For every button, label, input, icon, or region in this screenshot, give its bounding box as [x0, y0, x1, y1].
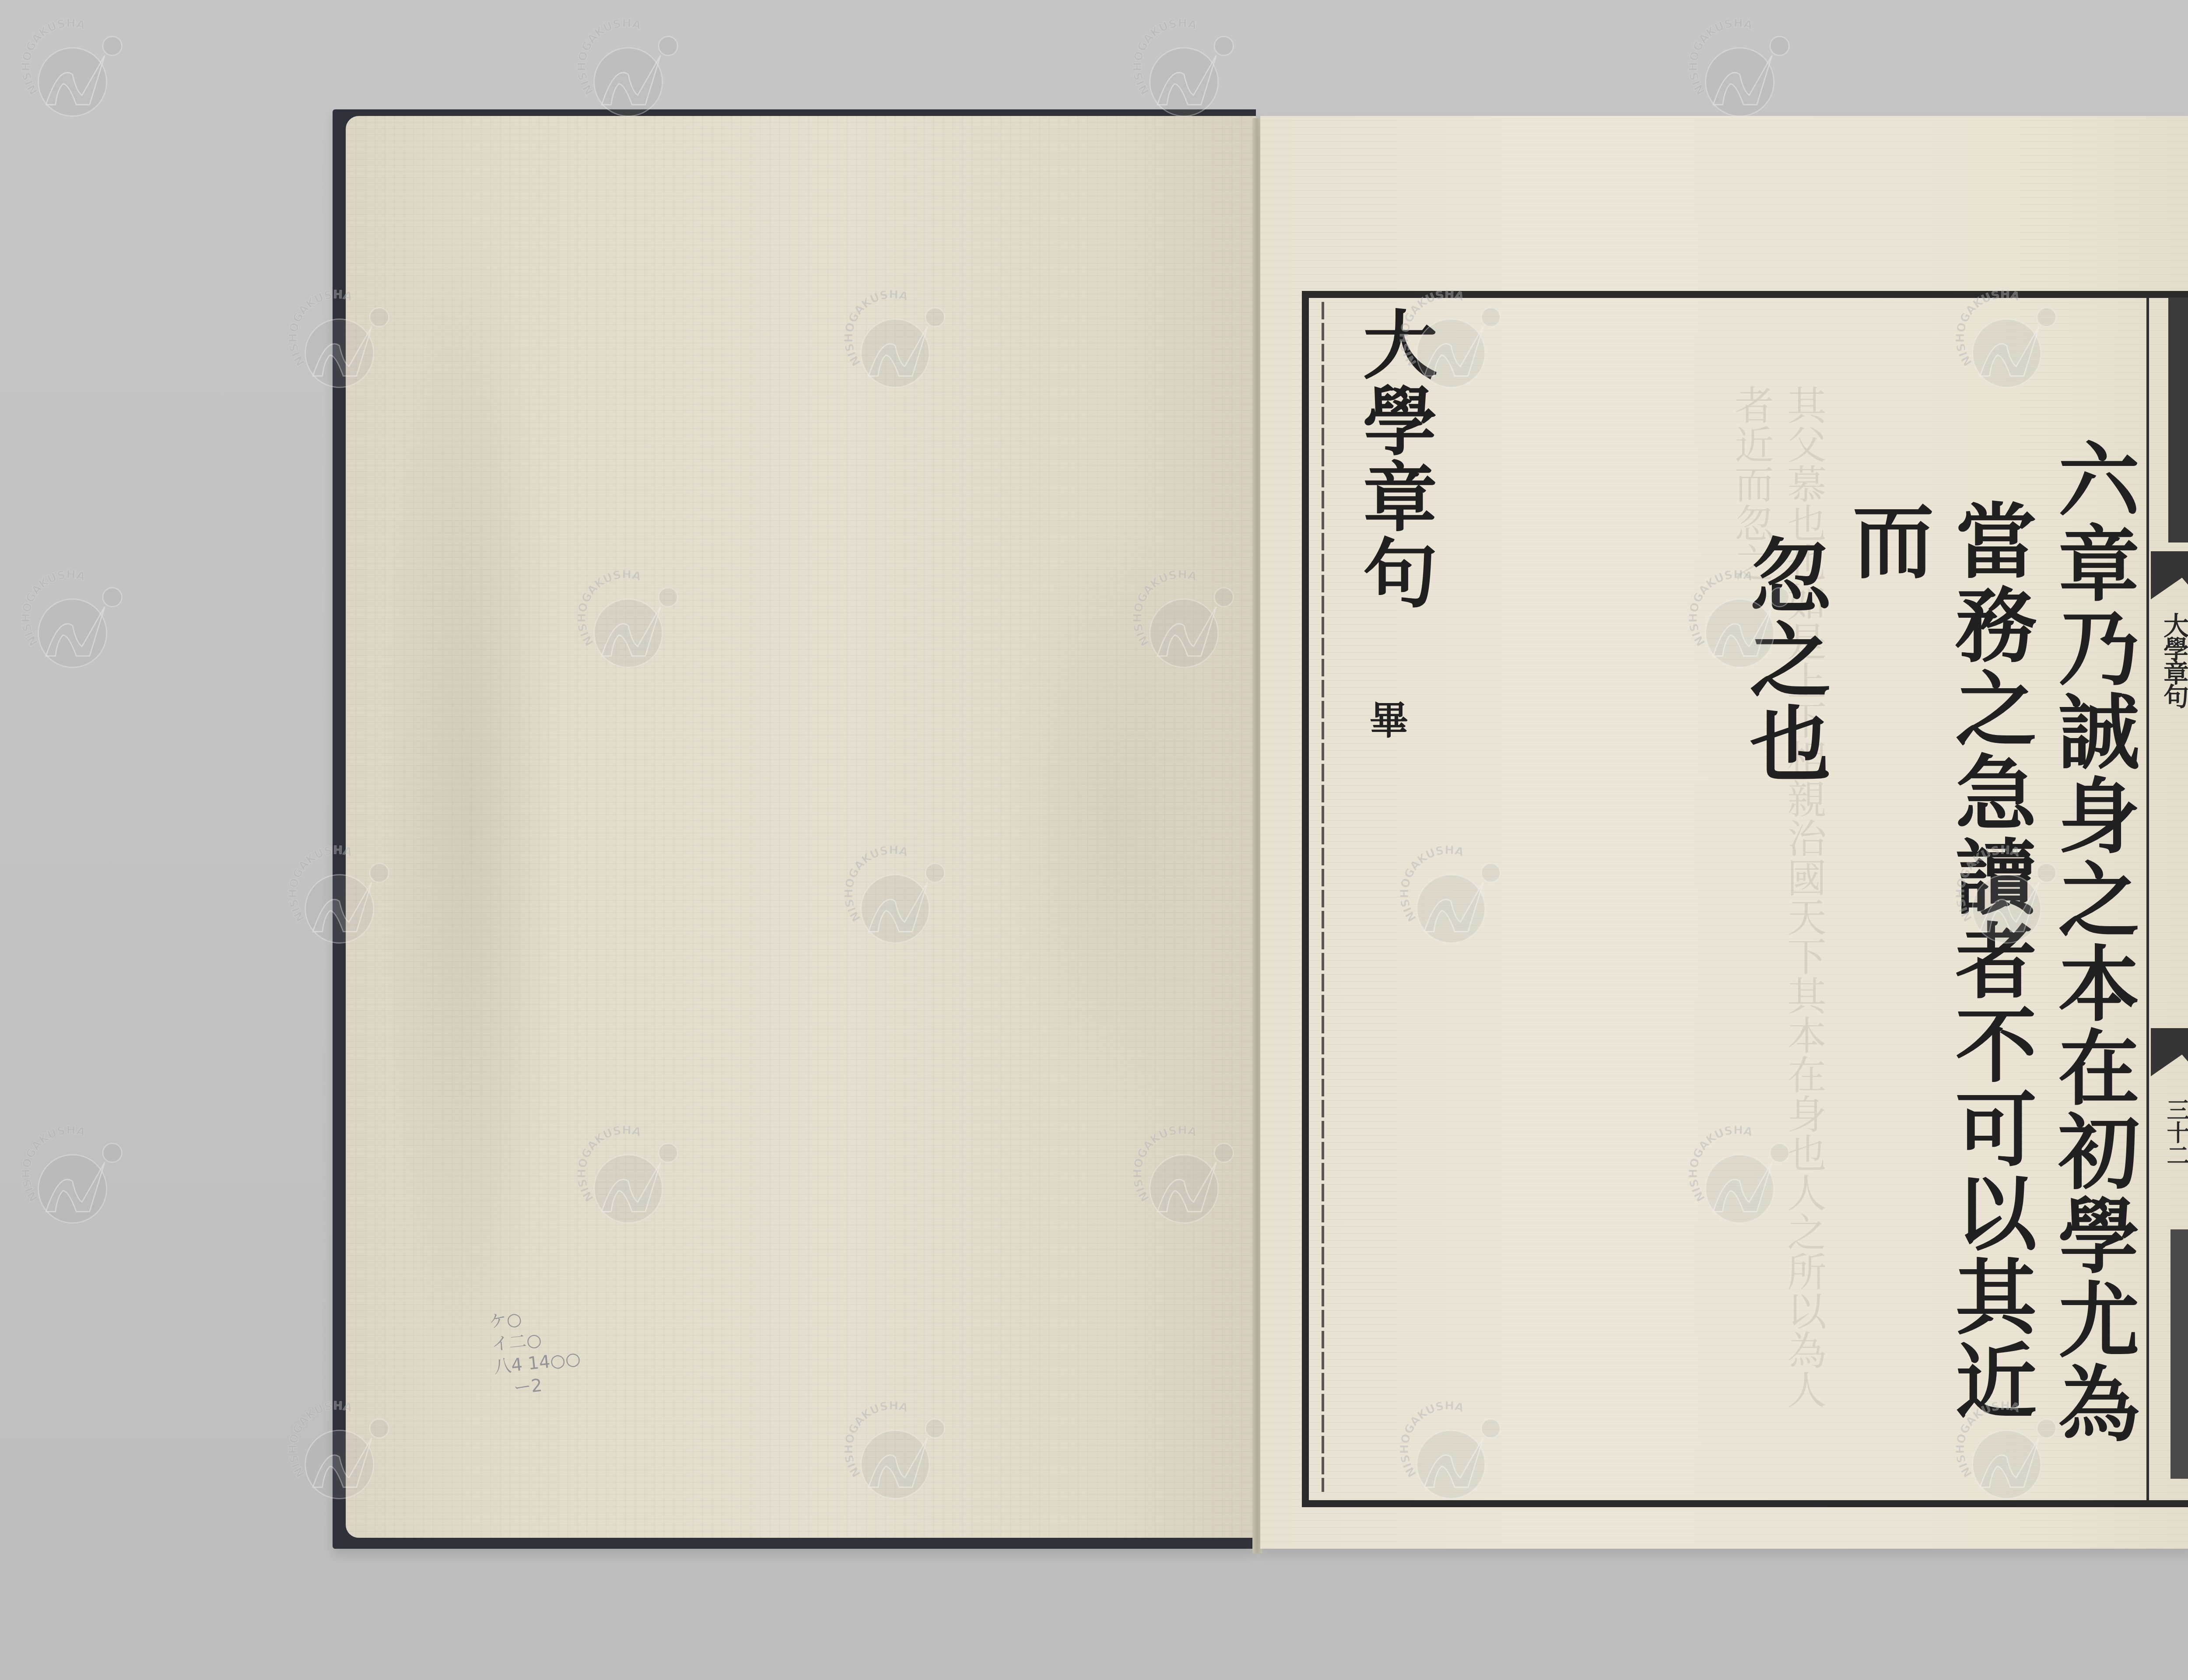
- svg-text:NISHOGAKUSHA: NISHOGAKUSHA: [20, 17, 87, 97]
- black-mouth-bottom: [2170, 1229, 2188, 1479]
- nishogakusha-logo-icon: NISHOGAKUSHA: [18, 569, 131, 682]
- paper-stain: [1002, 510, 1221, 1122]
- left-blank-page: [346, 116, 1256, 1538]
- photo-scene: ケ○ イ二○ 八4 14○○ ー2 其父慕也也如是上下相親治國天下其本在身也人之…: [0, 0, 2188, 1680]
- svg-text:NISHOGAKUSHA: NISHOGAKUSHA: [575, 17, 642, 97]
- paper-stain: [381, 203, 556, 1428]
- margin-title: 大學章句: [2164, 612, 2188, 707]
- book-title: 大學章句: [1317, 306, 1431, 611]
- svg-text:NISHOGAKUSHA: NISHOGAKUSHA: [1131, 17, 1198, 97]
- block-center-margin: 大學章句 三十二: [2151, 297, 2188, 1501]
- black-mouth-top: [2168, 297, 2188, 542]
- page-number: 三十二: [2168, 1098, 2188, 1166]
- book-title-suffix: 畢: [1359, 700, 1414, 738]
- frame-right-rule: [2146, 297, 2149, 1501]
- text-column-1: 六章乃誠身之本在初學尤為: [2041, 359, 2144, 1505]
- svg-text:NISHOGAKUSHA: NISHOGAKUSHA: [20, 1124, 87, 1204]
- text-column-3: 忽之也: [1733, 359, 1836, 1505]
- text-column-2: 當務之急讀者不可以其近而: [1836, 359, 2041, 1505]
- nishogakusha-logo-icon: NISHOGAKUSHA: [1685, 17, 1799, 131]
- svg-text:NISHOGAKUSHA: NISHOGAKUSHA: [20, 569, 87, 648]
- nishogakusha-logo-icon: NISHOGAKUSHA: [18, 1124, 131, 1238]
- nishogakusha-logo-icon: NISHOGAKUSHA: [18, 17, 131, 131]
- main-text-block: 六章乃誠身之本在初學尤為 當務之急讀者不可以其近而 忽之也: [1838, 359, 2144, 1505]
- fishtail-mark-lower-icon: [2151, 1028, 2188, 1076]
- fishtail-mark-upper-icon: [2151, 551, 2188, 599]
- pencil-notes: ケ○ イ二○ 八4 14○○ ー2: [488, 1297, 632, 1442]
- svg-text:NISHOGAKUSHA: NISHOGAKUSHA: [1687, 17, 1754, 97]
